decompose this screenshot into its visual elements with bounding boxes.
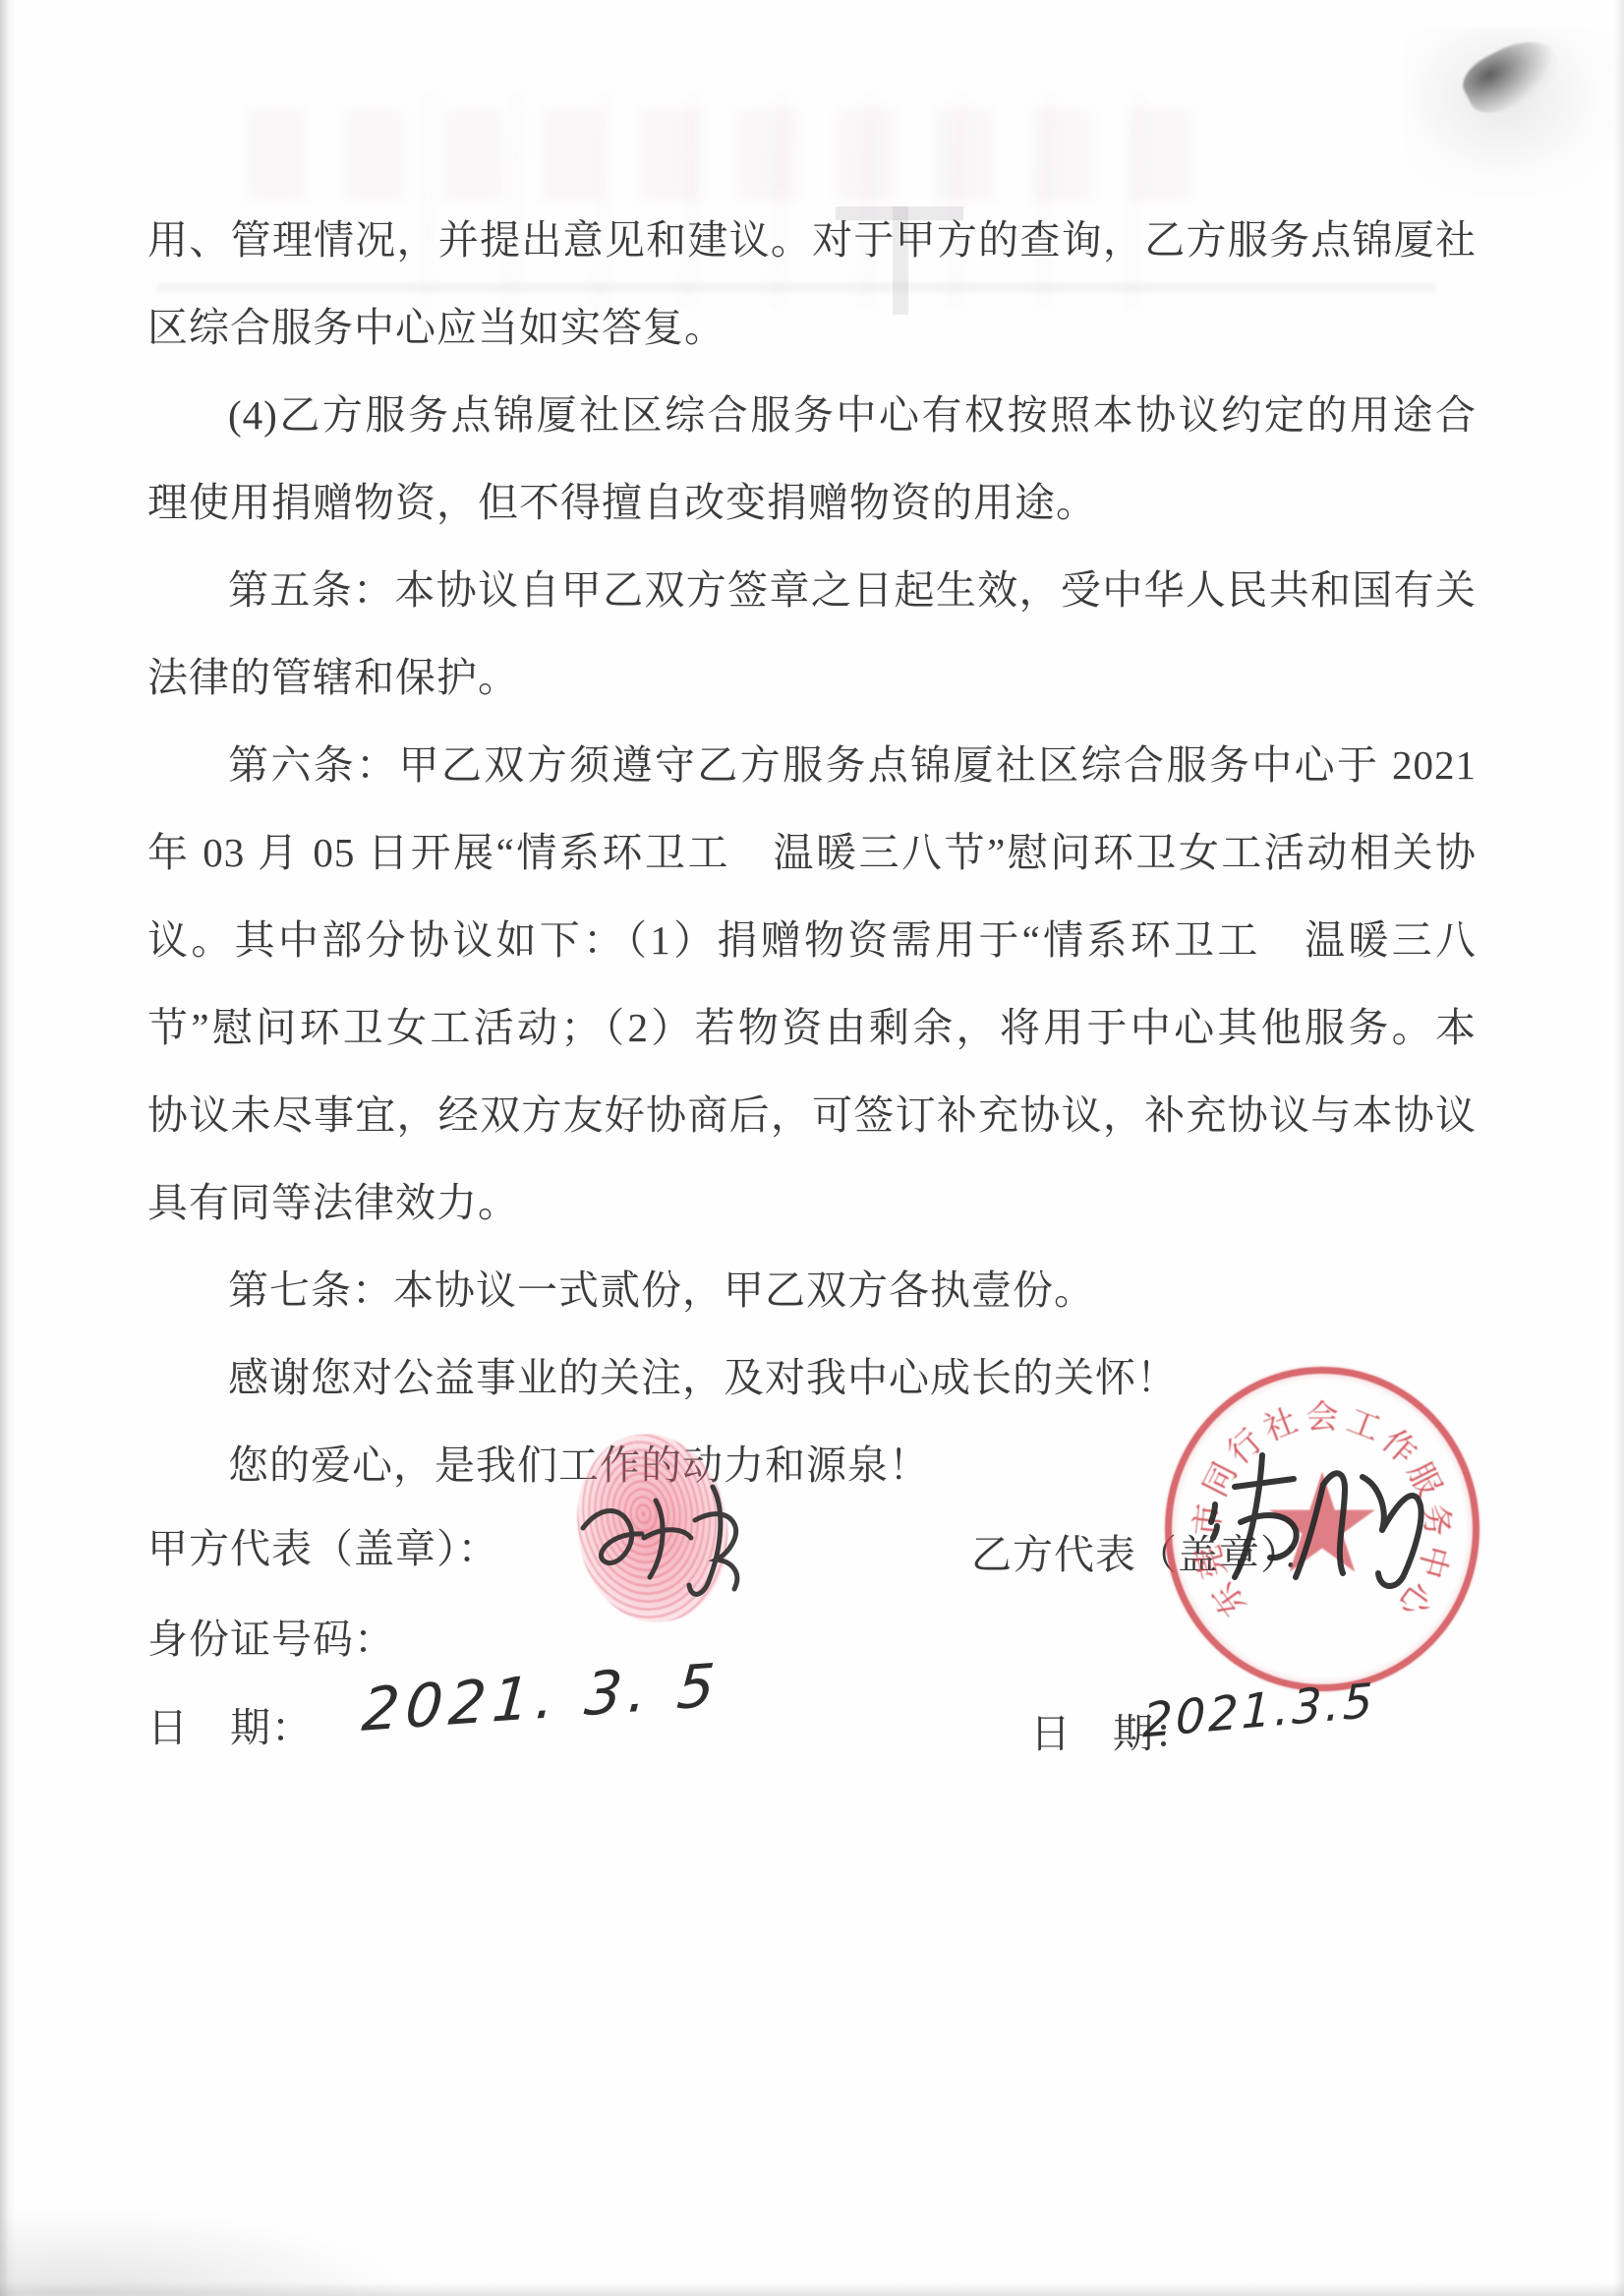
party-a-signature (565, 1443, 801, 1630)
body-line: 区综合服务中心应当如实答复。 (147, 284, 1477, 372)
scan-tear-artifact (1455, 28, 1569, 124)
body-line: 法律的管辖和保护。 (147, 634, 1477, 722)
bleed-through-artifact (246, 108, 1229, 202)
scan-wrinkle-artifact (1406, 29, 1622, 197)
body-line: 第七条：本协议一式贰份，甲乙双方各执壹份。 (147, 1247, 1477, 1334)
document-body: 用、管理情况，并提出意见和建议。对于甲方的查询，乙方服务点锦厦社区综合服务中心应… (147, 197, 1477, 1509)
party-a-seal-label: 甲方代表（盖章）： (147, 1524, 499, 1573)
party-a-date-value: 2021. 3. 5 (360, 1651, 723, 1745)
body-line: 用、管理情况，并提出意见和建议。对于甲方的查询，乙方服务点锦厦社 (147, 197, 1477, 284)
body-line: 第六条：甲乙双方须遵守乙方服务点锦厦社区综合服务中心于 2021 (147, 722, 1477, 809)
scan-edge-shadow-left (0, 0, 16, 2296)
scan-corner-shadow (0, 2208, 413, 2296)
body-line: 年 03 月 05 日开展“情系环卫工 温暖三八节”慰问环卫女工活动相关协 (147, 809, 1477, 897)
scan-edge-shadow-right (1614, 0, 1624, 2296)
body-line: 具有同等法律效力。 (147, 1159, 1477, 1247)
body-line: 议。其中部分协议如下：（1）捐赠物资需用于“情系环卫工 温暖三八 (147, 897, 1477, 984)
body-line: 理使用捐赠物资，但不得擅自改变捐赠物资的用途。 (147, 459, 1477, 547)
scan-edge-shadow-bottom (0, 2282, 1624, 2296)
body-line: (4)乙方服务点锦厦社区综合服务中心有权按照本协议约定的用途合 (147, 372, 1477, 459)
scanned-agreement-page: 用、管理情况，并提出意见和建议。对于甲方的查询，乙方服务点锦厦社区综合服务中心应… (0, 0, 1624, 2296)
party-b-signature (1191, 1428, 1437, 1615)
body-line: 节”慰问环卫女工活动；（2）若物资由剩余，将用于中心其他服务。本 (147, 984, 1477, 1072)
party-a-id-label: 身份证号码： (147, 1615, 395, 1664)
body-line: 协议未尽事宜，经双方友好协商后，可签订补充协议，补充协议与本协议 (147, 1072, 1477, 1159)
party-a-date-label: 日 期： (147, 1703, 313, 1752)
body-line: 第五条：本协议自甲乙双方签章之日起生效，受中华人民共和国有关 (147, 547, 1477, 634)
